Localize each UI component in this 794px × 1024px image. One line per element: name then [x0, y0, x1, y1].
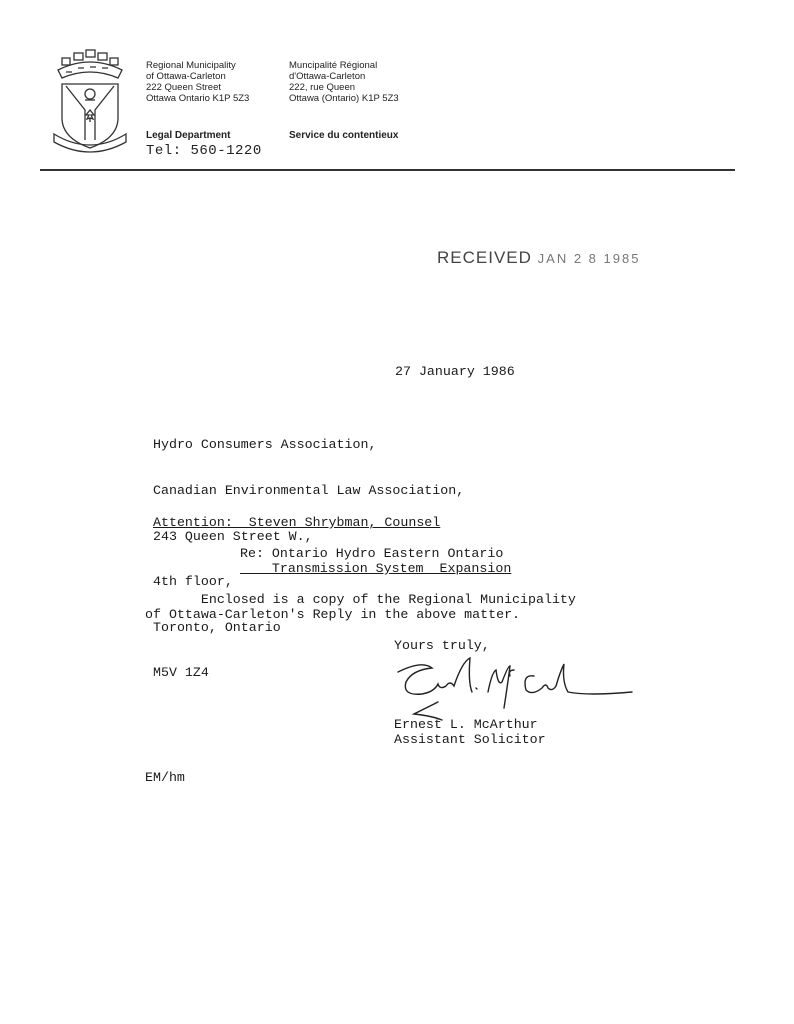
telephone: Tel: 560-1220 [146, 143, 262, 159]
letterhead-line: of Ottawa-Carleton [146, 71, 249, 82]
signature-icon [392, 652, 642, 722]
department-french: Service du contentieux [289, 130, 398, 141]
letterhead-english: Regional Municipality of Ottawa-Carleton… [146, 60, 249, 104]
subject-line-1: Re: Ontario Hydro Eastern Ontario [240, 546, 503, 561]
letterhead-line: Ottawa (Ontario) K1P 5Z3 [289, 93, 399, 104]
received-stamp: RECEIVED JAN 2 8 1985 [437, 248, 640, 268]
attention-line: Attention: Steven Shrybman, Counsel [153, 515, 440, 530]
stamp-date: JAN 2 8 1985 [538, 251, 641, 266]
address-line: 4th floor, [153, 574, 464, 589]
address-line: Canadian Environmental Law Association, [153, 483, 464, 498]
signer-title: Assistant Solicitor [394, 732, 546, 747]
stamp-label: RECEIVED [437, 248, 532, 267]
letterhead-line: Muncipalité Régional [289, 60, 399, 71]
letterhead-line: Regional Municipality [146, 60, 249, 71]
body-line-2: of Ottawa-Carleton's Reply in the above … [145, 607, 520, 622]
address-line: Hydro Consumers Association, [153, 437, 464, 452]
letterhead-line: 222 Queen Street [146, 82, 249, 93]
address-line: Toronto, Ontario [153, 620, 464, 635]
letter-date: 27 January 1986 [395, 364, 515, 379]
department-english: Legal Department [146, 130, 230, 141]
closing: Yours truly, [394, 638, 490, 653]
subject-line-2: Transmission System Expansion [240, 561, 511, 576]
letterhead-line: Ottawa Ontario K1P 5Z3 [146, 93, 249, 104]
letterhead-line: 222, rue Queen [289, 82, 399, 93]
signer-name: Ernest L. McArthur [394, 717, 538, 732]
letterhead-line: d'Ottawa-Carleton [289, 71, 399, 82]
body-line-1: Enclosed is a copy of the Regional Munic… [145, 592, 576, 607]
letterhead-divider [40, 169, 735, 171]
letterhead-french: Muncipalité Régional d'Ottawa-Carleton 2… [289, 60, 399, 104]
reference-initials: EM/hm [145, 770, 185, 785]
address-line: 243 Queen Street W., [153, 529, 464, 544]
coat-of-arms-icon [52, 48, 128, 160]
